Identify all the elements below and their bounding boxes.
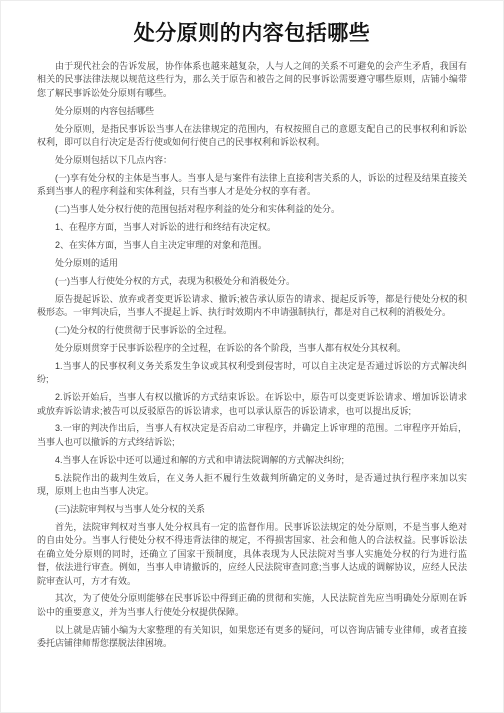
paragraph-application-3: (三)法院审判权与当事人处分权的关系 (37, 503, 467, 516)
article-title: 处分原则的内容包括哪些 (37, 21, 467, 47)
paragraph-list-5: 5.法院作出的裁判生效后，在义务人拒不履行生效裁判所确定的义务时，是否通过执行程… (37, 472, 467, 499)
section-heading-application: 处分原则的适用 (37, 257, 467, 270)
paragraph-firstly: 首先，法院审判权对当事人处分权具有一定的监督作用。民事诉讼法规定的处分原则，不是… (37, 521, 467, 588)
paragraph-item-1: (一)享有处分权的主体是当事人。当事人是与案件有法律上直接利害关系的人，诉讼的过… (37, 172, 467, 199)
paragraph-list-3: 3.一审的判决作出后，当事人有权决定是否启动二审程序，并确定上诉审理的范围。二审… (37, 422, 467, 449)
paragraph-definition: 处分原则，是指民事诉讼当事人在法律规定的范围内，有权按照自己的意愿支配自己的民事… (37, 123, 467, 150)
paragraph-secondly: 其次，为了使处分原则能够在民事诉讼中得到正确的贯彻和实施，人民法院首先应当明确处… (37, 592, 467, 619)
paragraph-sub-item-1: 1、在程序方面，当事人对诉讼的进行和终结有决定权。 (37, 221, 467, 234)
paragraph-intro: 由于现代社会的告诉发展，协作体系也越来越复杂，人与人之间的关系不可避免的会产生矛… (37, 60, 467, 100)
paragraph-application-2-detail: 处分原则贯穿于民事诉讼程序的全过程，在诉讼的各个阶段，当事人都有权处分其权利。 (37, 342, 467, 355)
paragraph-application-1: (一)当事人行使处分权的方式，表现为积极处分和消极处分。 (37, 275, 467, 288)
paragraph-closing: 以上就是店铺小编为大家整理的有关知识，如果您还有更多的疑问，可以咨询店铺专业律师… (37, 624, 467, 651)
article-page: 处分原则的内容包括哪些 由于现代社会的告诉发展，协作体系也越来越复杂，人与人之间… (0, 0, 504, 713)
paragraph-sub-item-2: 2、在实体方面，当事人自主决定审理的对象和范围。 (37, 239, 467, 252)
paragraph-application-1-detail: 原告提起诉讼、放弃或者变更诉讼请求、撤诉;被告承认原告的请求、提起反诉等，都是行… (37, 293, 467, 320)
paragraph-application-2: (二)处分权的行使贯彻于民事诉讼的全过程。 (37, 324, 467, 337)
section-heading-content: 处分原则的内容包括哪些 (37, 105, 467, 118)
paragraph-list-2: 2.诉讼开始后，当事人有权以撤诉的方式结束诉讼。在诉讼中，原告可以变更诉讼请求、… (37, 391, 467, 418)
paragraph-list-1: 1.当事人的民事权利义务关系发生争议或其权利受到侵害时，可以自主决定是否通过诉讼… (37, 360, 467, 387)
paragraph-list-4: 4.当事人在诉讼中还可以通过和解的方式和申请法院调解的方式解决纠纷; (37, 454, 467, 467)
paragraph-item-2: (二)当事人处分权行使的范围包括对程序利益的处分和实体利益的处分。 (37, 203, 467, 216)
paragraph-lead-in: 处分原则包括以下几点内容： (37, 154, 467, 167)
